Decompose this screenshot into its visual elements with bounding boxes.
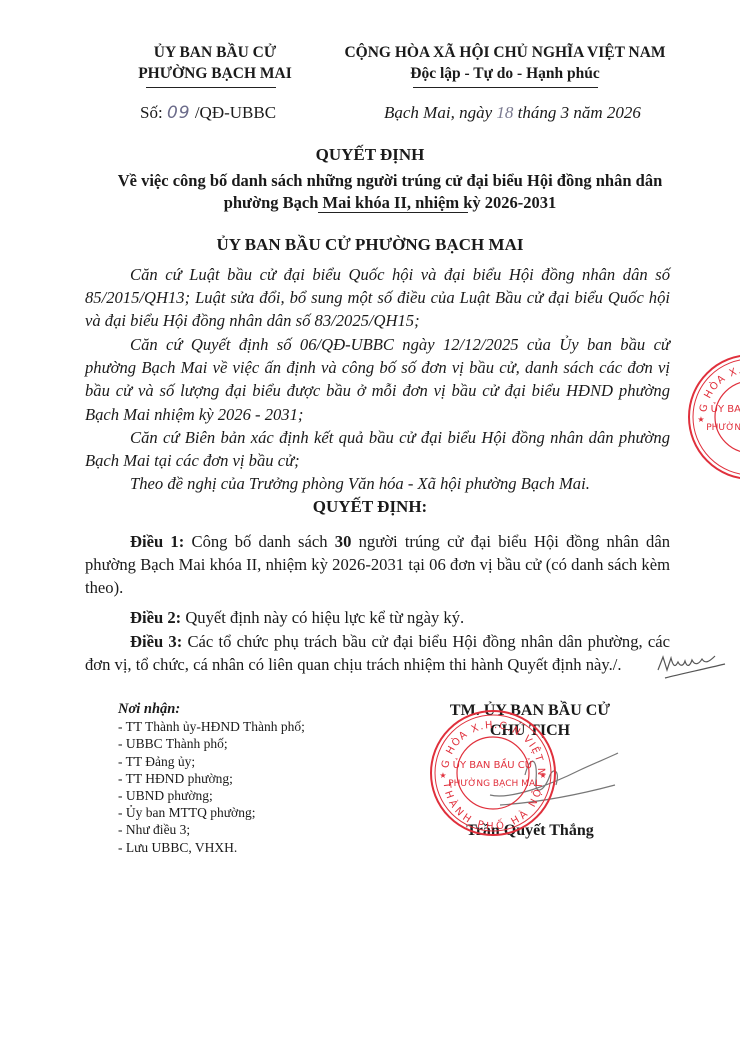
article-2: Điều 2: Quyết định này có hiệu lực kể từ… — [85, 606, 670, 629]
recipients-heading: Nơi nhận — [118, 701, 175, 717]
article-text: Quyết định này có hiệu lực kể từ ngày ký… — [185, 608, 464, 627]
preamble-paragraph: Theo đề nghị của Trưởng phòng Văn hóa - … — [85, 472, 670, 495]
issuing-org-line2: PHƯỜNG BẠCH MAI — [100, 63, 330, 84]
recipient-item: - TT Đảng ủy; — [118, 753, 305, 770]
national-heading: CỘNG HÒA XÃ HỘI CHỦ NGHĨA VIỆT NAM Độc l… — [330, 42, 680, 84]
issuer-heading: ỦY BAN BẦU CỬ PHƯỜNG BẠCH MAI — [0, 235, 740, 255]
preamble-text: Căn cứ Luật bầu cử đại biểu Quốc hội và … — [85, 265, 670, 330]
official-seal-icon: CỘNG HÒA X.H.C.N VIỆT NAM THÀNH PHỐ HÀ N… — [428, 708, 558, 838]
article-label: Điều 2: — [130, 608, 181, 627]
preamble-paragraph: Căn cứ Quyết định số 06/QĐ-UBBC ngày 12/… — [85, 333, 670, 426]
issuing-org: ỦY BAN BẦU CỬ PHƯỜNG BẠCH MAI — [100, 42, 330, 84]
article-count: 30 — [335, 532, 352, 551]
initials-signature-icon — [655, 652, 730, 682]
preamble-paragraph: Căn cứ Biên bản xác định kết quả bầu cử … — [85, 426, 670, 472]
document-subtitle: Về việc công bố danh sách những người tr… — [100, 170, 680, 214]
recipient-item: - TT Thành ủy-HĐND Thành phố; — [118, 718, 305, 735]
svg-text:ỦY BAN BẦU CỬ: ỦY BAN BẦU CỬ — [711, 401, 740, 415]
issuing-org-line1: ỦY BAN BẦU CỬ — [100, 42, 330, 63]
recipient-item: - TT HĐND phường; — [118, 770, 305, 787]
recipient-item: - Ủy ban MTTQ phường; — [118, 804, 305, 821]
document-date: Bạch Mai, ngày 18 tháng 3 năm 2026 — [384, 103, 641, 123]
subtitle-line1: Về việc công bố danh sách những người tr… — [100, 170, 680, 192]
number-suffix: /QĐ-UBBC — [195, 103, 276, 122]
number-value: 09 — [167, 103, 191, 123]
article-1: Điều 1: Công bố danh sách 30 người trúng… — [85, 530, 670, 600]
recipient-item: - UBBC Thành phố; — [118, 735, 305, 752]
document-title: QUYẾT ĐỊNH — [0, 145, 740, 165]
recipient-item: - UBND phường; — [118, 787, 305, 804]
date-prefix: Bạch Mai, ngày — [384, 103, 492, 122]
svg-text:PHƯỜNG BẠCH MAI: PHƯỜNG BẠCH MAI — [448, 777, 538, 789]
national-motto: Độc lập - Tự do - Hạnh phúc — [330, 63, 680, 84]
article-label: Điều 3: — [130, 632, 182, 651]
number-label: Số: — [140, 103, 163, 122]
article-text: Công bố danh sách — [192, 532, 328, 551]
decision-heading: QUYẾT ĐỊNH: — [0, 497, 740, 517]
svg-text:★: ★ — [697, 415, 704, 424]
nation-name: CỘNG HÒA XÃ HỘI CHỦ NGHĨA VIỆT NAM — [330, 42, 680, 63]
divider — [146, 87, 276, 88]
preamble-paragraph: Căn cứ Luật bầu cử đại biểu Quốc hội và … — [85, 263, 670, 333]
svg-text:PHƯỜNG BẠCH MAI: PHƯỜNG BẠCH MAI — [706, 421, 740, 433]
svg-text:★: ★ — [439, 771, 446, 780]
preamble-text: Theo đề nghị của Trưởng phòng Văn hóa - … — [130, 474, 590, 493]
date-suffix: tháng 3 năm 2026 — [518, 103, 641, 122]
divider — [413, 87, 598, 88]
date-day: 18 — [496, 103, 513, 122]
divider — [318, 212, 468, 213]
svg-text:★: ★ — [539, 771, 546, 780]
recipient-item: - Lưu UBBC, VHXH. — [118, 839, 305, 856]
article-label: Điều 1: — [130, 532, 184, 551]
preamble-text: Căn cứ Biên bản xác định kết quả bầu cử … — [85, 428, 670, 470]
subtitle-line2: phường Bạch Mai khóa II, nhiệm kỳ 2026-2… — [100, 192, 680, 214]
partial-seal-icon: CỘNG HÒA X.H.C.N VIỆT NAM ỦY BAN BẦU CỬ … — [686, 352, 740, 482]
recipients-block: Nơi nhận: - TT Thành ủy-HĐND Thành phố; … — [118, 701, 305, 856]
recipient-item: - Như điều 3; — [118, 821, 305, 838]
article-3: Điều 3: Các tổ chức phụ trách bầu cử đại… — [85, 630, 670, 676]
preamble-text: Căn cứ Quyết định số 06/QĐ-UBBC ngày 12/… — [85, 335, 670, 424]
svg-text:ỦY BAN BẦU CỬ: ỦY BAN BẦU CỬ — [453, 757, 534, 771]
document-number: Số: 09 /QĐ-UBBC — [140, 103, 276, 123]
